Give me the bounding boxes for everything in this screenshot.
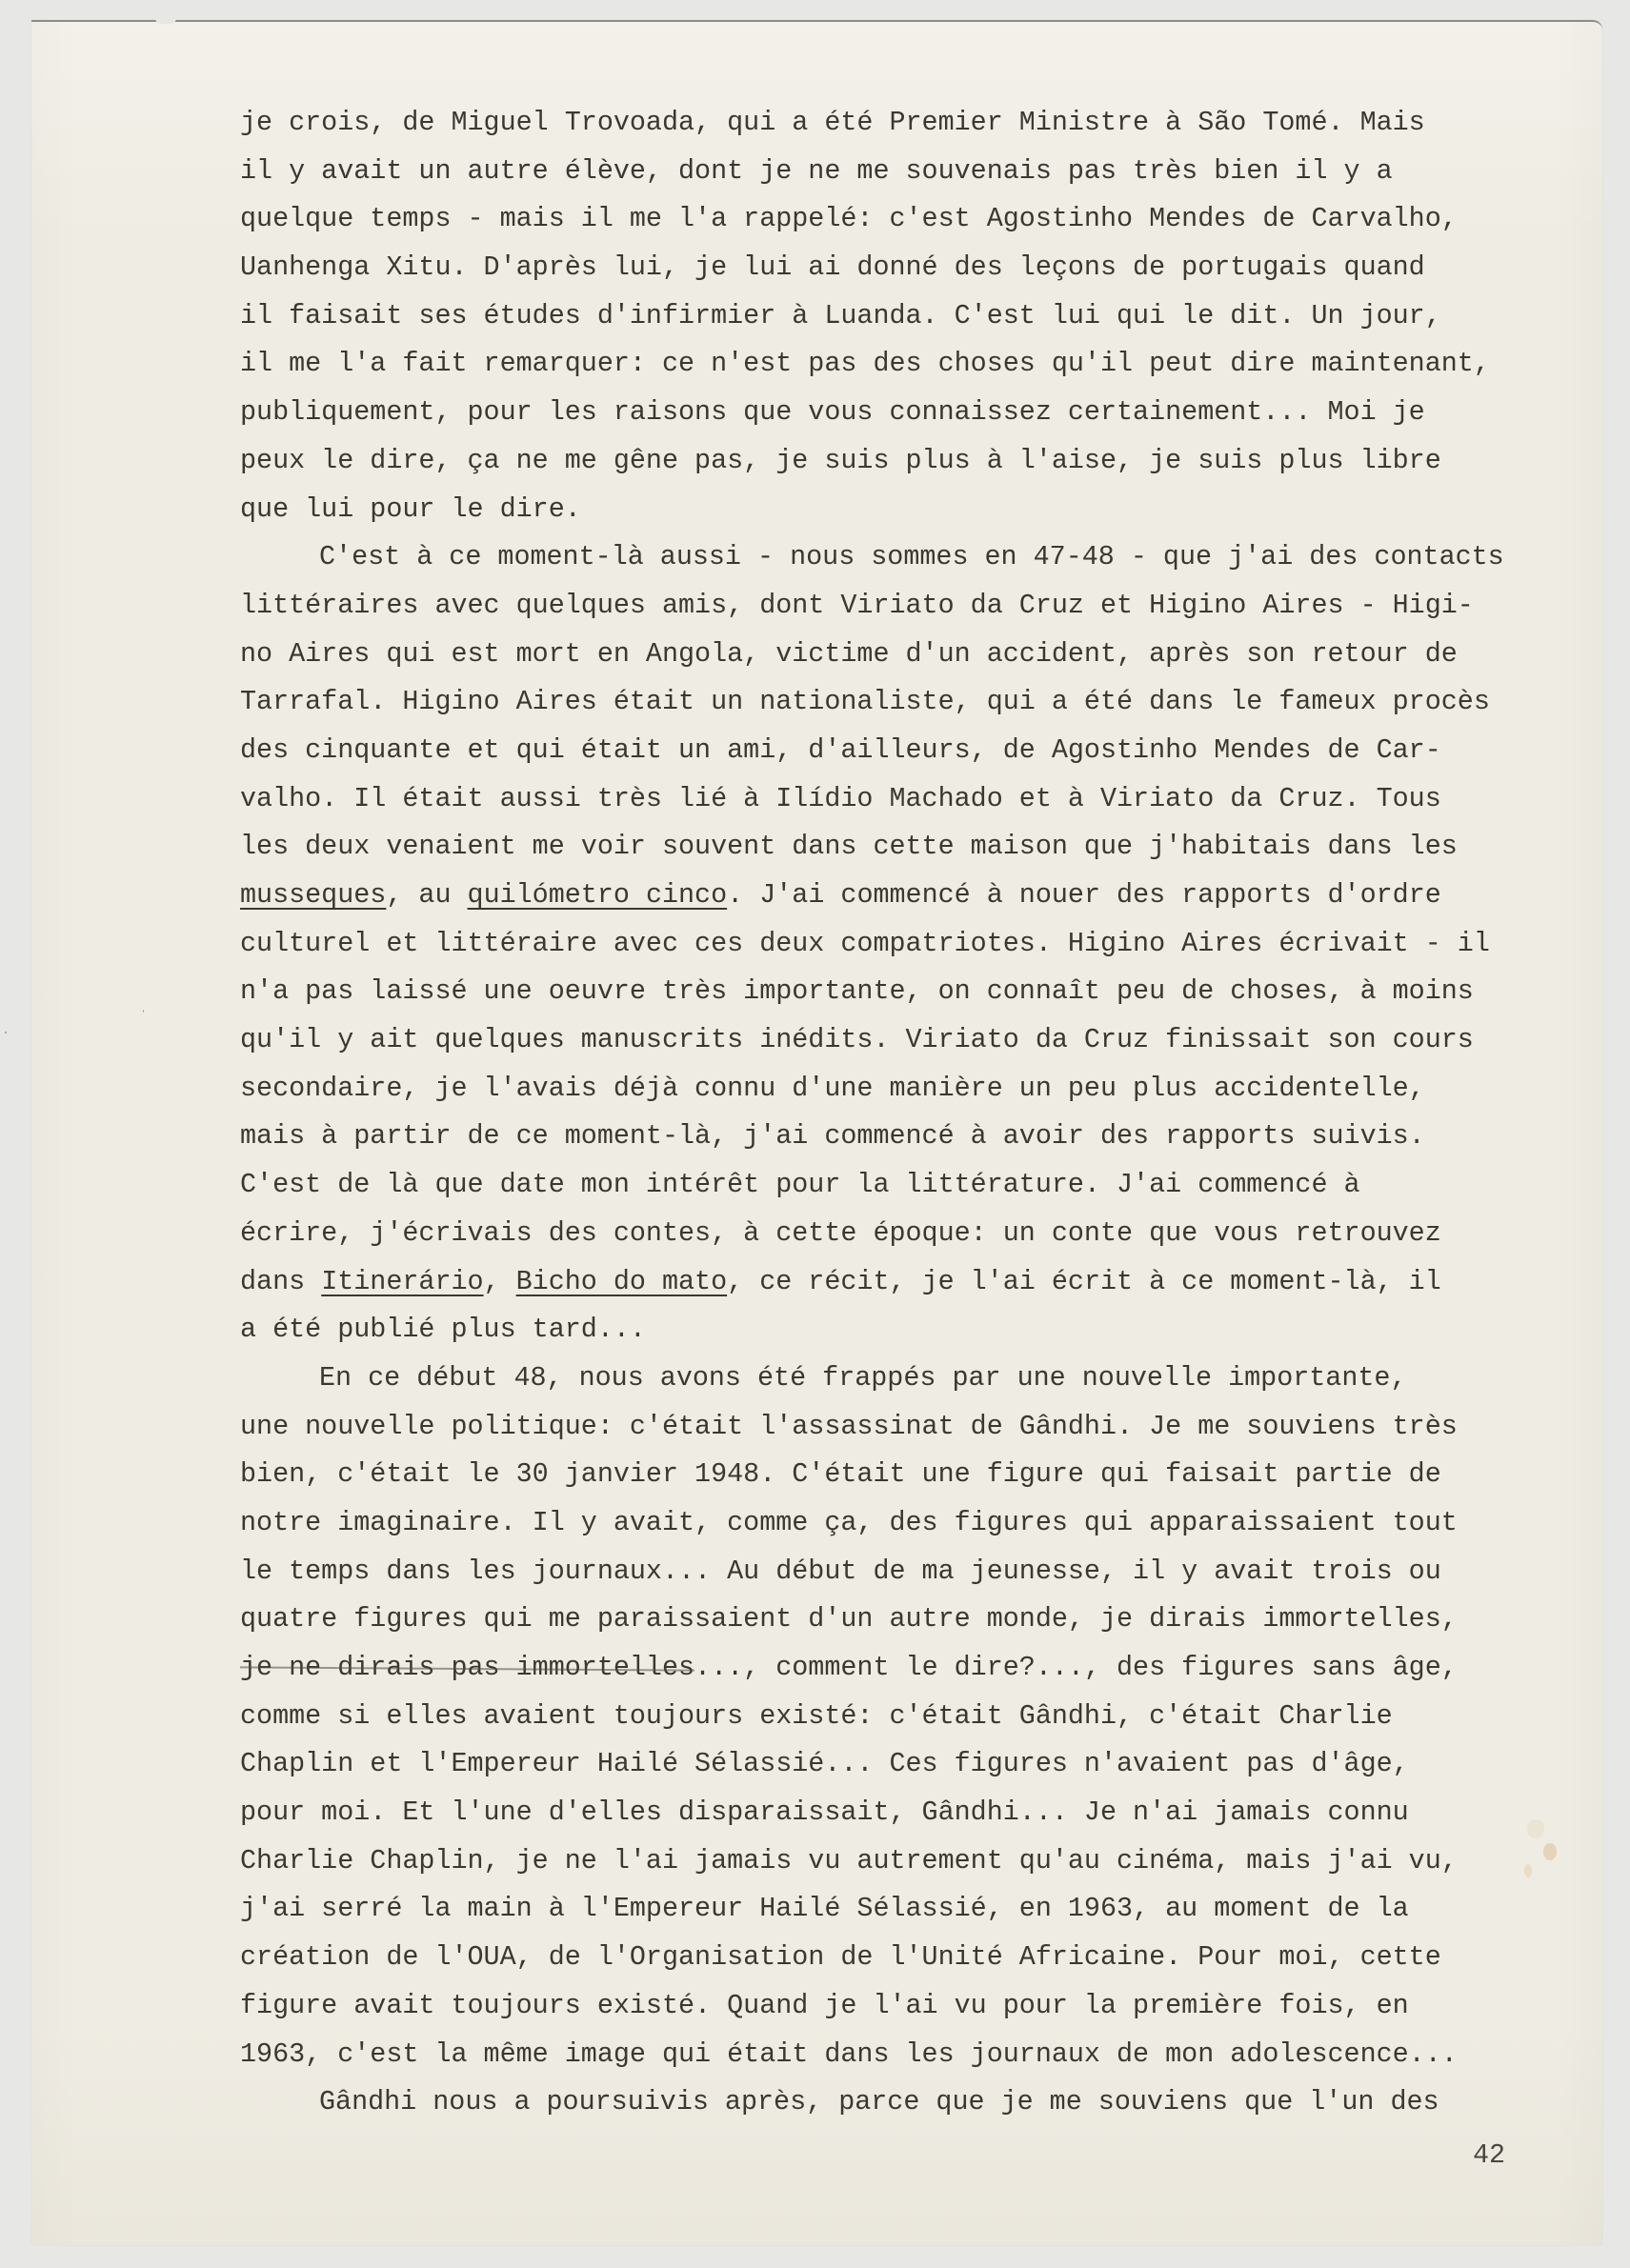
typewritten-text-body: je crois, de Miguel Trovoada, qui a été …: [240, 99, 1593, 2127]
text-line: qu'il y ait quelques manuscrits inédits.…: [240, 1016, 1593, 1065]
text-line: il me l'a fait remarquer: ce n'est pas d…: [240, 340, 1593, 389]
text-line: peux le dire, ça ne me gêne pas, je suis…: [240, 437, 1593, 486]
text-line: dans Itinerário, Bicho do mato, ce récit…: [240, 1258, 1593, 1307]
dust-speck: [143, 1010, 144, 1013]
text-line: pour moi. Et l'une d'elles disparaissait…: [240, 1789, 1593, 1837]
text-line: no Aires qui est mort en Angola, victime…: [240, 631, 1593, 679]
text-line: valho. Il était aussi très lié à Ilídio …: [240, 775, 1593, 824]
text-segment: , au: [386, 879, 467, 911]
text-line: des cinquante et qui était un ami, d'ail…: [240, 727, 1593, 775]
text-line: quelque temps - mais il me l'a rappelé: …: [240, 195, 1593, 244]
text-line: je ne dirais pas immortelles..., comment…: [240, 1644, 1593, 1693]
text-line: a été publié plus tard...: [240, 1306, 1593, 1355]
paper-notch: [155, 18, 176, 24]
text-line: comme si elles avaient toujours existé: …: [240, 1693, 1593, 1741]
text-line: les deux venaient me voir souvent dans c…: [240, 823, 1593, 872]
text-line: secondaire, je l'avais déjà connu d'une …: [240, 1065, 1593, 1114]
text-line: littéraires avec quelques amis, dont Vir…: [240, 582, 1593, 631]
text-line: Tarrafal. Higino Aires était un national…: [240, 678, 1593, 727]
text-line: Gândhi nous a poursuivis après, parce qu…: [240, 2078, 1593, 2127]
text-line: bien, c'était le 30 janvier 1948. C'étai…: [240, 1451, 1593, 1499]
text-line: Charlie Chaplin, je ne l'ai jamais vu au…: [240, 1837, 1593, 1886]
text-line: figure avait toujours existé. Quand je l…: [240, 1982, 1593, 2031]
text-line: publiquement, pour les raisons que vous …: [240, 389, 1593, 437]
text-line: il y avait un autre élève, dont je ne me…: [240, 148, 1593, 196]
dust-speck: [5, 1032, 7, 1034]
text-line: écrire, j'écrivais des contes, à cette é…: [240, 1210, 1593, 1258]
text-line: notre imaginaire. Il y avait, comme ça, …: [240, 1499, 1593, 1548]
text-line: culturel et littéraire avec ces deux com…: [240, 920, 1593, 969]
text-line: Chaplin et l'Empereur Hailé Sélassié... …: [240, 1740, 1593, 1789]
text-line: une nouvelle politique: c'était l'assass…: [240, 1403, 1593, 1452]
struck-through-text: je ne dirais pas immortelles: [240, 1652, 694, 1683]
text-segment: , ce récit, je l'ai écrit à ce moment-là…: [727, 1266, 1441, 1297]
text-line: je crois, de Miguel Trovoada, qui a été …: [240, 99, 1593, 148]
text-segment: ..., comment le dire?..., des figures sa…: [694, 1652, 1458, 1683]
page-number: 42: [1473, 2139, 1505, 2171]
text-line: quatre figures qui me paraissaient d'un …: [240, 1596, 1593, 1644]
text-line: C'est de là que date mon intérêt pour la…: [240, 1161, 1593, 1210]
underlined-title: Bicho do mato: [516, 1266, 727, 1297]
text-line: Uanhenga Xitu. D'après lui, je lui ai do…: [240, 244, 1593, 292]
text-segment: dans: [240, 1266, 321, 1297]
text-line: 1963, c'est la même image qui était dans…: [240, 2031, 1593, 2079]
text-line: création de l'OUA, de l'Organisation de …: [240, 1934, 1593, 1982]
text-line: le temps dans les journaux... Au début d…: [240, 1548, 1593, 1596]
text-segment: ,: [484, 1266, 516, 1297]
underlined-title: Itinerário: [321, 1266, 483, 1297]
underlined-title: musseques: [240, 879, 386, 911]
text-line: musseques, au quilómetro cinco. J'ai com…: [240, 872, 1593, 920]
text-segment: . J'ai commencé à nouer des rapports d'o…: [727, 879, 1441, 911]
underlined-title: quilómetro cinco: [468, 879, 728, 911]
text-line: il faisait ses études d'infirmier à Luan…: [240, 292, 1593, 341]
text-line: que lui pour le dire.: [240, 486, 1593, 534]
text-line: n'a pas laissé une oeuvre très important…: [240, 968, 1593, 1016]
text-line: mais à partir de ce moment-là, j'ai comm…: [240, 1113, 1593, 1161]
text-line: C'est à ce moment-là aussi - nous sommes…: [240, 533, 1593, 582]
text-line: En ce début 48, nous avons été frappés p…: [240, 1355, 1593, 1403]
text-line: j'ai serré la main à l'Empereur Hailé Sé…: [240, 1885, 1593, 1934]
